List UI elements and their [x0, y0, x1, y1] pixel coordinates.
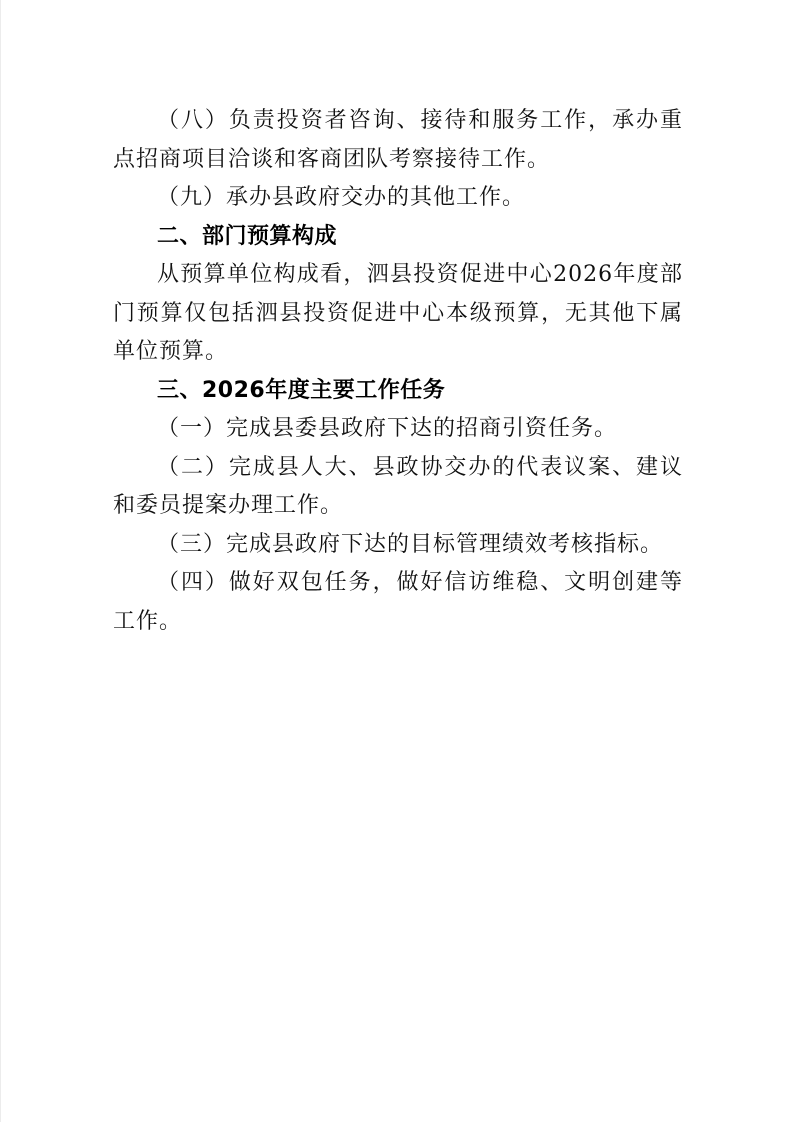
document-page: （八）负责投资者咨询、接待和服务工作，承办重点招商项目洽谈和客商团队考察接待工作…	[0, 0, 793, 1122]
paragraph-item-8: （八）负责投资者咨询、接待和服务工作，承办重点招商项目洽谈和客商团队考察接待工作…	[113, 102, 683, 179]
document-content: （八）负责投资者咨询、接待和服务工作，承办重点招商项目洽谈和客商团队考察接待工作…	[113, 102, 683, 641]
paragraph-task-1: （一）完成县委县政府下达的招商引资任务。	[113, 410, 683, 449]
section-heading-main-tasks-2026: 三、2026年度主要工作任务	[113, 372, 683, 411]
paragraph-task-3: （三）完成县政府下达的目标管理绩效考核指标。	[113, 526, 683, 565]
section-heading-budget-composition: 二、部门预算构成	[113, 218, 683, 257]
paragraph-budget-composition: 从预算单位构成看，泗县投资促进中心2026年度部门预算仅包括泗县投资促进中心本级…	[113, 256, 683, 372]
paragraph-task-2: （二）完成县人大、县政协交办的代表议案、建议和委员提案办理工作。	[113, 449, 683, 526]
paragraph-item-9: （九）承办县政府交办的其他工作。	[113, 179, 683, 218]
paragraph-task-4: （四）做好双包任务，做好信访维稳、文明创建等工作。	[113, 564, 683, 641]
